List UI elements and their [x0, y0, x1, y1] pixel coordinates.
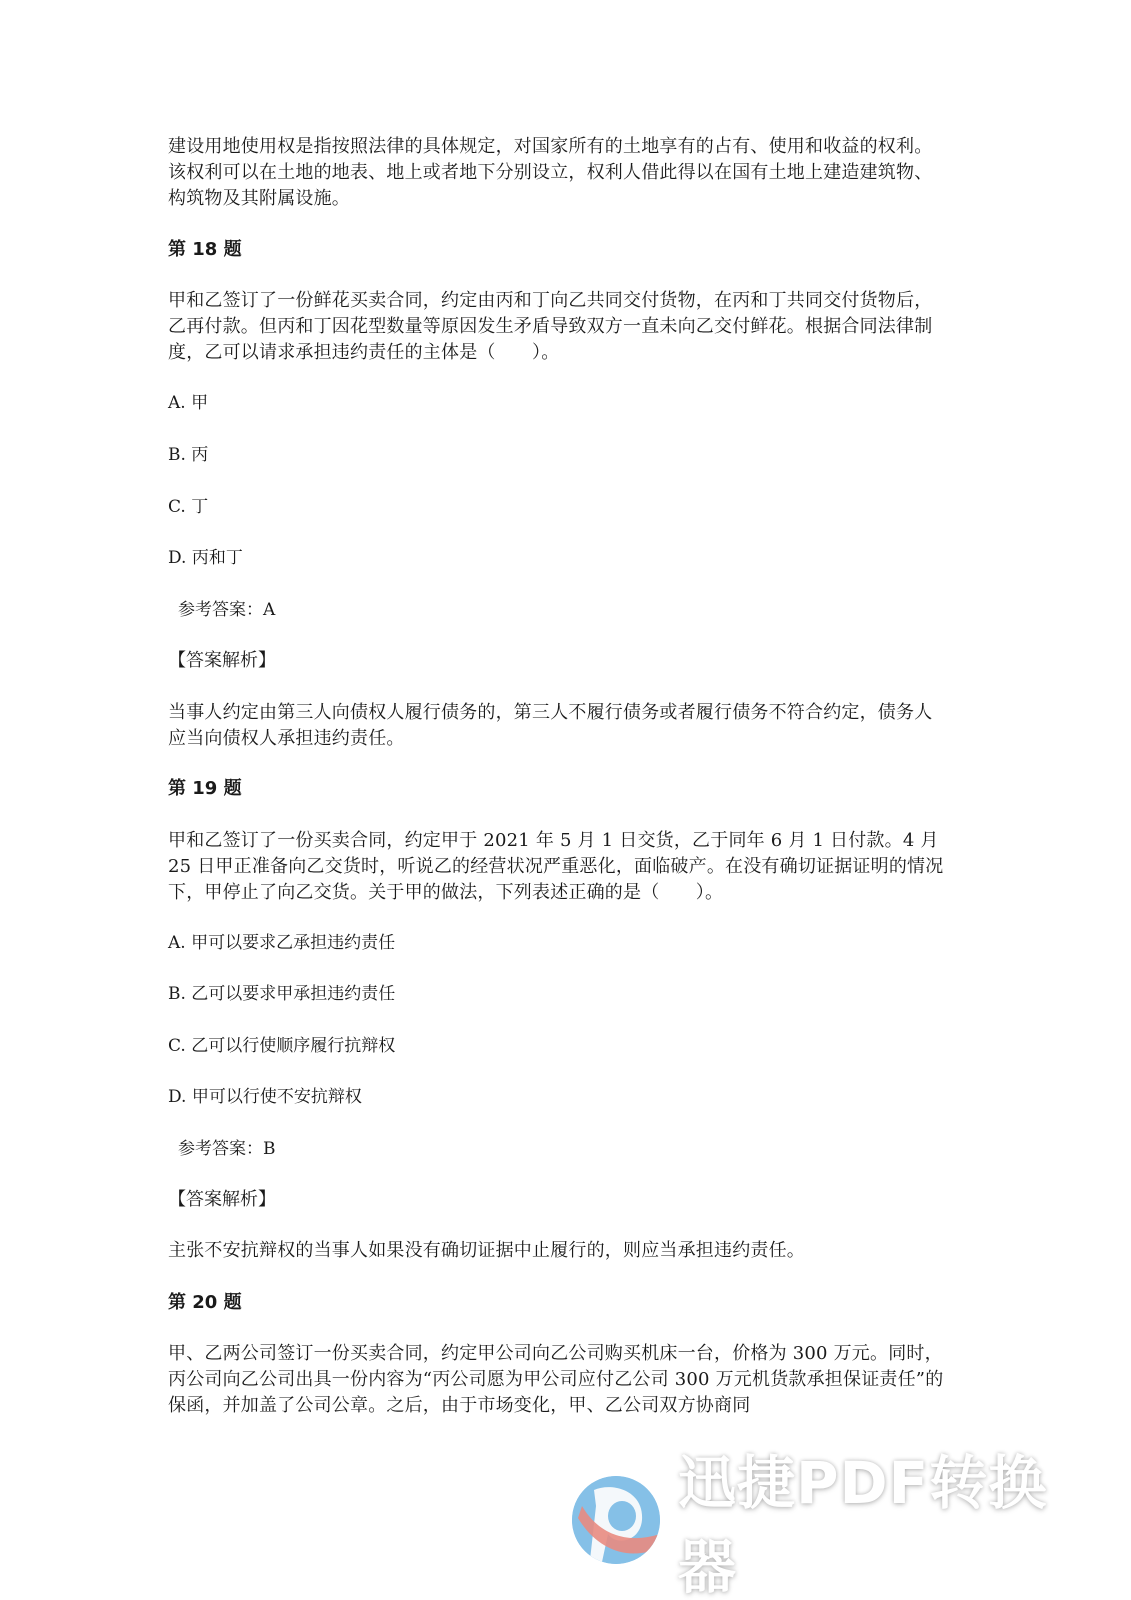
question-18-analysis: 当事人约定由第三人向债权人履行债务的，第三人不履行债务或者履行债务不符合约定，债…: [168, 700, 948, 752]
question-19-stem: 甲和乙签订了一份买卖合同，约定甲于 2021 年 5 月 1 日交货，乙于同年 …: [168, 828, 948, 906]
intro-paragraph: 建设用地使用权是指按照法律的具体规定，对国家所有的土地享有的占有、使用和收益的权…: [168, 134, 948, 212]
question-18-title: 第 18 题: [168, 237, 242, 263]
question-18-option-d: D. 丙和丁: [168, 545, 243, 571]
question-19-analysis: 主张不安抗辩权的当事人如果没有确切证据中止履行的，则应当承担违约责任。: [168, 1238, 948, 1264]
question-18-answer: 参考答案：A: [178, 597, 275, 623]
watermark: 迅捷PDF转换器: [572, 1470, 1092, 1570]
question-19-option-c: C. 乙可以行使顺序履行抗辩权: [168, 1033, 395, 1059]
question-19-analysis-label: 【答案解析】: [168, 1187, 276, 1213]
question-19-option-b: B. 乙可以要求甲承担违约责任: [168, 981, 395, 1007]
question-18-option-a: A. 甲: [168, 390, 208, 416]
question-20-title: 第 20 题: [168, 1290, 242, 1316]
question-19-option-a: A. 甲可以要求乙承担违约责任: [168, 930, 395, 956]
question-19-answer: 参考答案：B: [178, 1136, 276, 1162]
question-18-option-b: B. 丙: [168, 442, 208, 468]
question-18-stem: 甲和乙签订了一份鲜花买卖合同，约定由丙和丁向乙共同交付货物，在丙和丁共同交付货物…: [168, 288, 948, 366]
question-20-stem: 甲、乙两公司签订一份买卖合同，约定甲公司向乙公司购买机床一台，价格为 300 万…: [168, 1341, 948, 1419]
question-18-analysis-label: 【答案解析】: [168, 648, 276, 674]
question-19-title: 第 19 题: [168, 776, 242, 802]
watermark-text: 迅捷PDF转换器: [678, 1436, 1092, 1600]
question-18-option-c: C. 丁: [168, 494, 208, 520]
jiesu-pdf-logo-icon: [572, 1476, 660, 1564]
question-19-option-d: D. 甲可以行使不安抗辩权: [168, 1084, 362, 1110]
